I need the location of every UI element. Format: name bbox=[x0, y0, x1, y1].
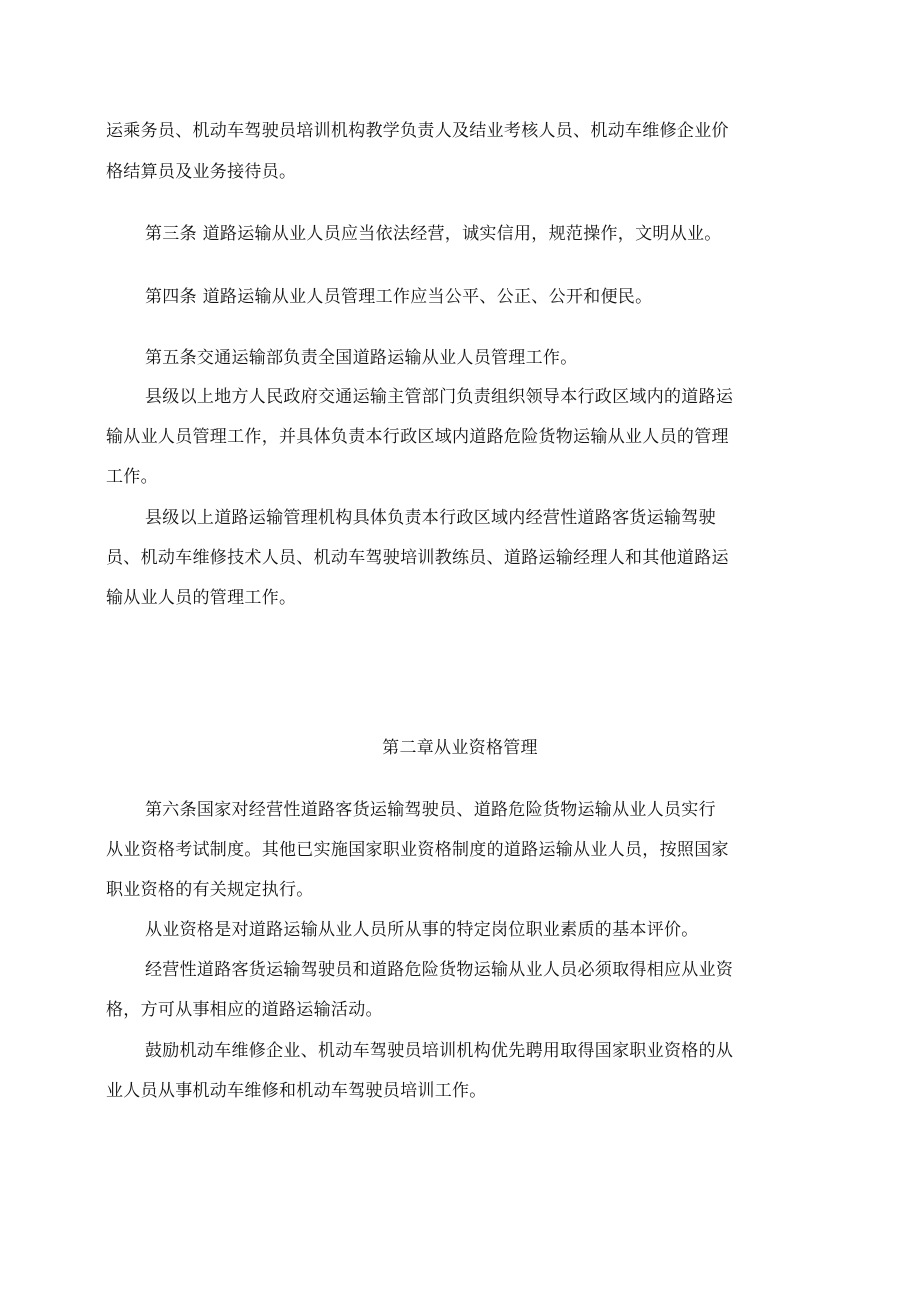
paragraph-line: 输从业人员的管理工作。 bbox=[106, 587, 296, 609]
paragraph-line: 业人员从事机动车维修和机动车驾驶员培训工作。 bbox=[106, 1080, 487, 1102]
article-6: 第六条国家对经营性道路客货运输驾驶员、道路危险货物运输从业人员实行 bbox=[145, 799, 716, 821]
chapter-title: 第二章从业资格管理 bbox=[0, 737, 920, 759]
paragraph-line: 运乘务员、机动车驾驶员培训机构教学负责人及结业考核人员、机动车维修企业价 bbox=[106, 120, 729, 142]
paragraph-line: 鼓励机动车维修企业、机动车驾驶员培训机构优先聘用取得国家职业资格的从 bbox=[145, 1040, 733, 1062]
paragraph-line: 从业资格考试制度。其他已实施国家职业资格制度的道路运输从业人员，按照国家 bbox=[106, 839, 729, 861]
article-5: 第五条交通运输部负责全国道路运输从业人员管理工作。 bbox=[145, 347, 578, 369]
paragraph-line: 员、机动车维修技术人员、机动车驾驶培训教练员、道路运输经理人和其他道路运 bbox=[106, 547, 729, 569]
paragraph-line: 职业资格的有关规定执行。 bbox=[106, 879, 314, 901]
paragraph-line: 经营性道路客货运输驾驶员和道路危险货物运输从业人员必须取得相应从业资 bbox=[145, 959, 733, 981]
paragraph-line: 输从业人员管理工作，并具体负责本行政区域内道路危险货物运输从业人员的管理 bbox=[106, 426, 729, 448]
article-4: 第四条 道路运输从业人员管理工作应当公平、公正、公开和便民。 bbox=[145, 286, 652, 308]
paragraph-line: 县级以上道路运输管理机构具体负责本行政区域内经营性道路客货运输驾驶 bbox=[145, 507, 716, 529]
paragraph-line: 从业资格是对道路运输从业人员所从事的特定岗位职业素质的基本评价。 bbox=[145, 919, 699, 941]
paragraph-line: 格，方可从事相应的道路运输活动。 bbox=[106, 999, 383, 1021]
paragraph-line: 格结算员及业务接待员。 bbox=[106, 161, 296, 183]
article-3: 第三条 道路运输从业人员应当依法经营，诚实信用，规范操作，文明从业。 bbox=[145, 223, 722, 245]
paragraph-line: 工作。 bbox=[106, 466, 158, 488]
paragraph-line: 县级以上地方人民政府交通运输主管部门负责组织领导本行政区域内的道路运 bbox=[145, 386, 733, 408]
